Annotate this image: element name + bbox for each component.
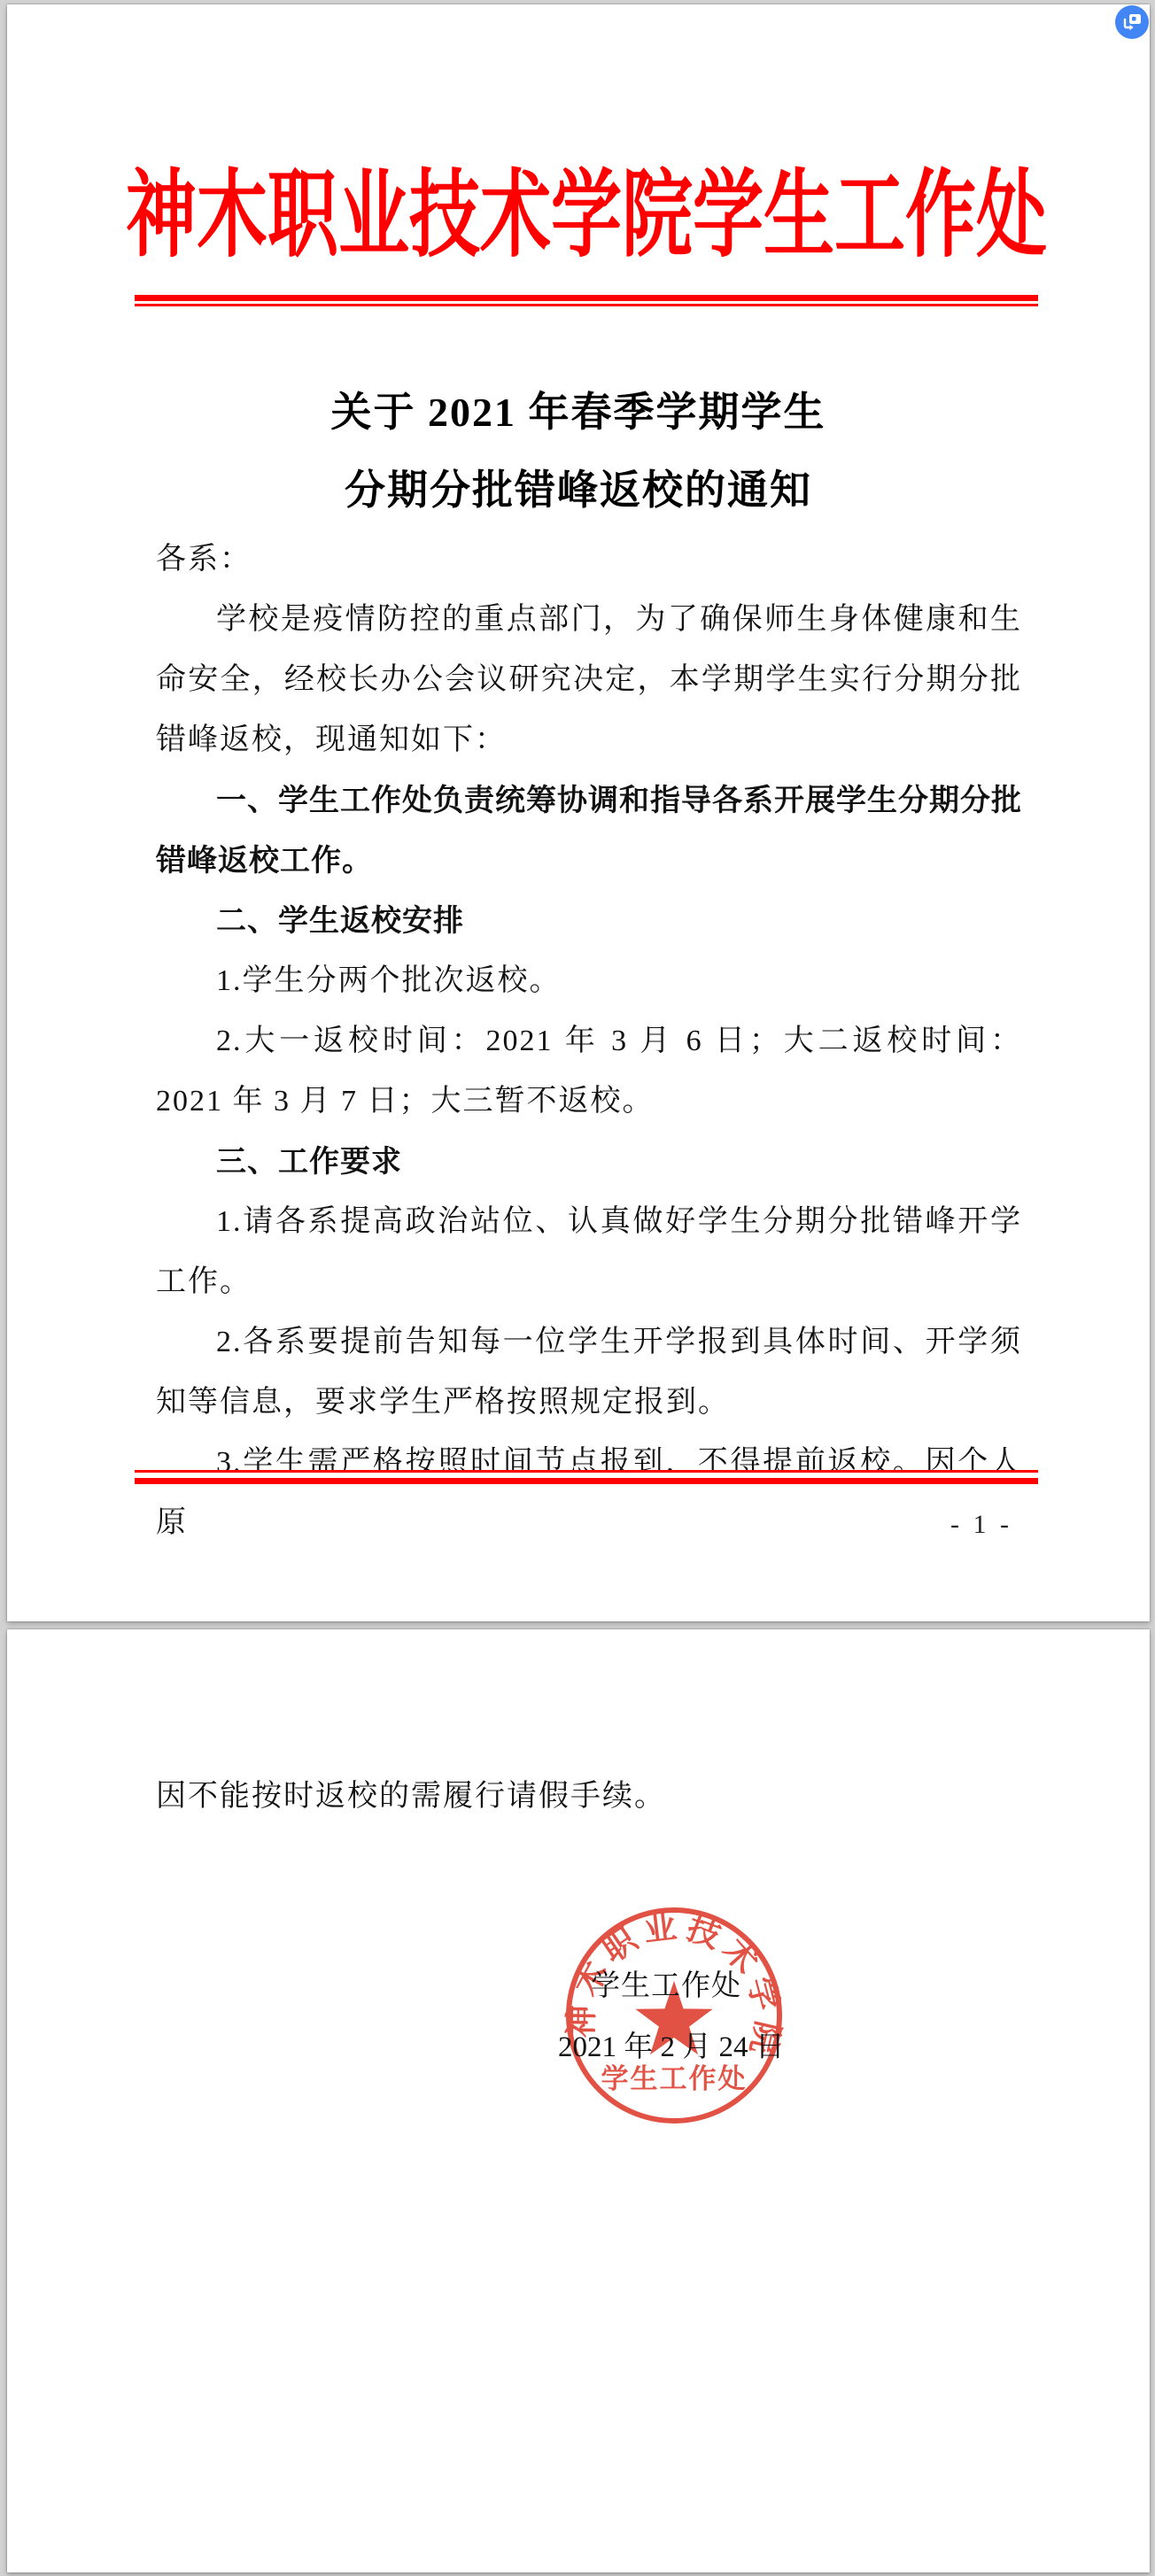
list-item: 2.大一返校时间：2021 年 3 月 6 日；大二返校时间：2021 年 3 … [156, 1011, 1022, 1132]
document-page-1: 神木职业技术学院学生工作处 关于 2021 年春季学期学生 分期分批错峰返校的通… [7, 4, 1150, 1621]
section-heading-2: 二、学生返校安排 [156, 891, 1022, 951]
document-page-2: 因不能按时返校的需履行请假手续。 学生工作处 2021 年 2 月 24 日 神… [7, 1629, 1150, 2572]
official-seal: 神木职业技术学院 学生工作处 [559, 1900, 789, 2131]
document-body: 各系： 学校是疫情防控的重点部门，为了确保师生身体健康和生命安全，经校长办公会议… [156, 530, 1022, 1553]
footer-divider [135, 1470, 1038, 1484]
image-overlay-icon [1121, 12, 1143, 33]
document-viewer: { "viewer": { "background_color": "#d2d2… [0, 0, 1155, 2576]
document-title-line1: 关于 2021 年春季学期学生 [7, 374, 1150, 452]
section-heading-3: 三、工作要求 [156, 1132, 1022, 1192]
document-title-line2: 分期分批错峰返校的通知 [7, 452, 1150, 530]
seal-bottom-text: 学生工作处 [601, 2063, 748, 2094]
letterhead-divider [135, 295, 1038, 306]
page-number: - 1 - [928, 1510, 1035, 1540]
section-heading-1: 一、学生工作处负责统筹协调和指导各系开展学生分期分批错峰返校工作。 [156, 770, 1022, 891]
signature-date: 2021 年 2 月 24 日 [558, 2023, 785, 2065]
list-item: 1.请各系提高政治站位、认真做好学生分期分批错峰开学工作。 [156, 1192, 1022, 1312]
continuation-text: 因不能按时返校的需履行请假手续。 [156, 1767, 1022, 1827]
signature-department: 学生工作处 [591, 1962, 741, 2004]
list-item: 2.各系要提前告知每一位学生开学报到具体时间、开学须知等信息，要求学生严格按照规… [156, 1312, 1022, 1433]
list-item: 3.学生需严格按照时间节点报到，不得提前返校。因个人原 [156, 1433, 1022, 1553]
salutation: 各系： [156, 530, 1022, 590]
letterhead: 神木职业技术学院学生工作处 [135, 148, 1038, 265]
paragraph: 学校是疫情防控的重点部门，为了确保师生身体健康和生命安全，经校长办公会议研究决定… [156, 590, 1022, 770]
image-overlay-tool-button[interactable] [1115, 5, 1149, 39]
document-title: 关于 2021 年春季学期学生 分期分批错峰返校的通知 [7, 374, 1150, 530]
list-item: 1.学生分两个批次返校。 [156, 951, 1022, 1011]
letterhead-title: 神木职业技术学院学生工作处 [126, 138, 1047, 275]
